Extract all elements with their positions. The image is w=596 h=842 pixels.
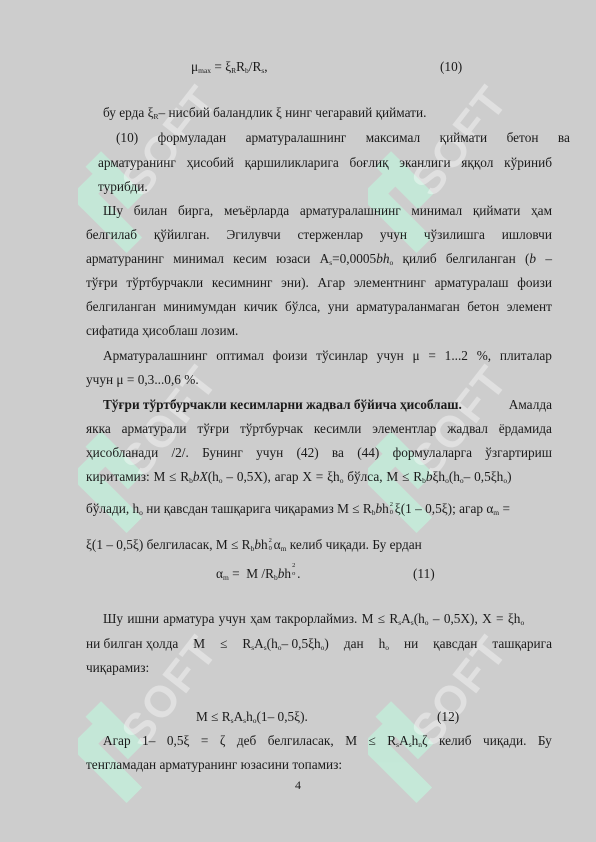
word: Агар bbox=[318, 275, 346, 291]
paragraph-line: ни билган ҳолдаM≤RsAs(ho– 0,5ξho)данhoни… bbox=[86, 636, 552, 652]
word: ишловчи bbox=[502, 227, 552, 243]
word: минимумдан bbox=[163, 299, 236, 315]
paragraph-line: бўлади, ho ни қавсдан ташқарига чиқарами… bbox=[86, 501, 552, 517]
paragraph-line: ξ(1 – 0,5ξ) белгиласак, M ≤ Rbbh20αm кел… bbox=[86, 537, 552, 553]
word: ва bbox=[558, 130, 570, 146]
formula-10: μmax = ξRRb/Rs, bbox=[191, 59, 268, 75]
word: ва bbox=[332, 445, 344, 461]
word: /2/. bbox=[171, 445, 188, 461]
page-number: 4 bbox=[0, 778, 596, 793]
paragraph-line: сифатида ҳисоблаш лозим. bbox=[86, 323, 552, 339]
word: плиталар bbox=[500, 348, 552, 364]
word: учун bbox=[377, 348, 404, 364]
word: ўзгартириш bbox=[485, 445, 552, 461]
word: максимал bbox=[366, 130, 420, 146]
paragraph-line: арматуранингминималкесимюзаси As=0,0005b… bbox=[86, 251, 552, 267]
word: фоизи bbox=[273, 348, 308, 364]
word: тўртбурчак bbox=[240, 421, 303, 437]
word: қиймати bbox=[473, 203, 521, 219]
word: арматуралашнинг bbox=[246, 130, 347, 146]
word: бетон bbox=[467, 299, 499, 315]
word: жадвал bbox=[447, 421, 488, 437]
word: Арматуралашнинг bbox=[103, 348, 207, 364]
word: кўриниб bbox=[504, 155, 552, 171]
word: қиймати bbox=[440, 130, 488, 146]
paragraph-line: ҳисобланади/2/.Бунингучун(42)ва(44)форму… bbox=[86, 445, 552, 461]
document-page: μmax = ξRRb/Rs, (10) бу ерда ξR– нисбий … bbox=[0, 0, 596, 842]
word: Бунинг bbox=[202, 445, 243, 461]
word: арматуранинг bbox=[98, 155, 176, 171]
word: белгилаб bbox=[86, 227, 137, 243]
word: ёрдамида bbox=[499, 421, 552, 437]
word: минимал bbox=[411, 203, 462, 219]
paragraph-line: турибди. bbox=[98, 179, 564, 195]
paragraph-line: чиқарамиз: bbox=[86, 660, 552, 676]
word: ҳисобий bbox=[187, 155, 234, 171]
word: уни bbox=[328, 299, 349, 315]
word: меъёрларда bbox=[224, 203, 289, 219]
word: тўғри bbox=[86, 275, 118, 291]
word: арматуралаш bbox=[435, 275, 509, 291]
word: тўғри bbox=[197, 421, 229, 437]
word: арматураланмаган bbox=[356, 299, 460, 315]
word: (44) bbox=[357, 445, 379, 461]
word: бирга, bbox=[178, 203, 213, 219]
word: (10) bbox=[116, 130, 138, 146]
word: чўзилишга bbox=[424, 227, 485, 243]
paragraph-definition: бу ерда ξR– нисбий баландлик ξ нинг чега… bbox=[103, 105, 569, 121]
word: учун bbox=[256, 445, 283, 461]
paragraph-line: (10)формуладанарматуралашнингмаксималқий… bbox=[98, 130, 570, 146]
word: учун bbox=[380, 227, 407, 243]
word: формуладан bbox=[158, 130, 227, 146]
paragraph-line: киритамиз: M ≤ RbbX(ho – 0,5X), агар X =… bbox=[86, 469, 552, 485]
word: тўртбурчакли bbox=[126, 275, 203, 291]
word: тўсинлар bbox=[316, 348, 368, 364]
word: = bbox=[428, 348, 436, 364]
word: билан bbox=[134, 203, 168, 219]
paragraph-line: арматуранингҳисобийқаршиликларигабоғлиқэ… bbox=[98, 155, 552, 171]
word: 1...2 bbox=[445, 348, 468, 364]
word: ҳисобланади bbox=[86, 445, 158, 461]
word: %, bbox=[477, 348, 491, 364]
word: элемент bbox=[507, 299, 552, 315]
paragraph-line: белгиланганминимумданкичикбўлса,униармат… bbox=[86, 299, 552, 315]
paragraph-line: яккаарматуралитўғритўртбурчаккесимлиэлем… bbox=[86, 421, 552, 437]
word: яққол bbox=[461, 155, 493, 171]
equation-number-11: (11) bbox=[413, 566, 435, 582]
paragraph-line: Арматуралашнингоптималфоизитўсинларучунμ… bbox=[103, 348, 552, 364]
word: бўлса, bbox=[285, 299, 320, 315]
word: элементнинг bbox=[354, 275, 426, 291]
paragraph-heading-line: Тўғри тўртбурчакли кесимларни жадвал бўй… bbox=[103, 397, 552, 413]
word: элементлар bbox=[372, 421, 436, 437]
word: қаршиликларига bbox=[245, 155, 339, 171]
word: арматуралашнинг bbox=[300, 203, 401, 219]
word: кесимнинг bbox=[212, 275, 273, 291]
paragraph-line: тўғритўртбурчакликесимнингэни).Агарэлеме… bbox=[86, 275, 552, 291]
formula-11: αm = M /Rbbh2o. bbox=[216, 566, 300, 582]
word: қўйилган. bbox=[154, 227, 210, 243]
word: формулаларга bbox=[393, 445, 472, 461]
word: кичик bbox=[244, 299, 278, 315]
paragraph-line: Шу ишни арматура учун ҳам такрорлаймиз. … bbox=[103, 611, 552, 627]
word: оптимал bbox=[216, 348, 264, 364]
equation-number-10: (10) bbox=[440, 59, 462, 75]
equation-number-12: (12) bbox=[437, 709, 459, 725]
word: Эгилувчи bbox=[226, 227, 280, 243]
word: стерженлар bbox=[298, 227, 363, 243]
word: боғлиқ bbox=[349, 155, 388, 171]
word: арматурали bbox=[122, 421, 187, 437]
word: фоизи bbox=[517, 275, 552, 291]
word: эни). bbox=[281, 275, 309, 291]
formula-12: M ≤ RsAsho(1– 0,5ξ). bbox=[196, 709, 308, 725]
paragraph-line: Агар1–0,5ξ=ζдеббелгиласак,M≤RsAshnζкелиб… bbox=[103, 733, 552, 749]
paragraph-line: тенгламадан арматуранинг юзасини топамиз… bbox=[86, 757, 552, 773]
word: ҳам bbox=[531, 203, 552, 219]
formula-as-min: As=0,0005bho bbox=[320, 251, 394, 267]
word: белгиланган bbox=[86, 299, 156, 315]
paragraph-line: Шубиланбирга,меъёрлардаарматуралашнингми… bbox=[103, 203, 552, 219]
section-heading: Тўғри тўртбурчакли кесимларни жадвал бўй… bbox=[103, 397, 462, 413]
paragraph-line: белгилабқўйилган.Эгилувчистерженларучунч… bbox=[86, 227, 552, 243]
word: (42) bbox=[297, 445, 319, 461]
word: μ bbox=[413, 348, 420, 364]
paragraph-line: учун μ = 0,3...0,6 %. bbox=[86, 372, 552, 388]
word: якка bbox=[86, 421, 111, 437]
word: кесимли bbox=[314, 421, 362, 437]
word: бетон bbox=[507, 130, 539, 146]
word: Шу bbox=[103, 203, 123, 219]
word: эканлиги bbox=[399, 155, 450, 171]
